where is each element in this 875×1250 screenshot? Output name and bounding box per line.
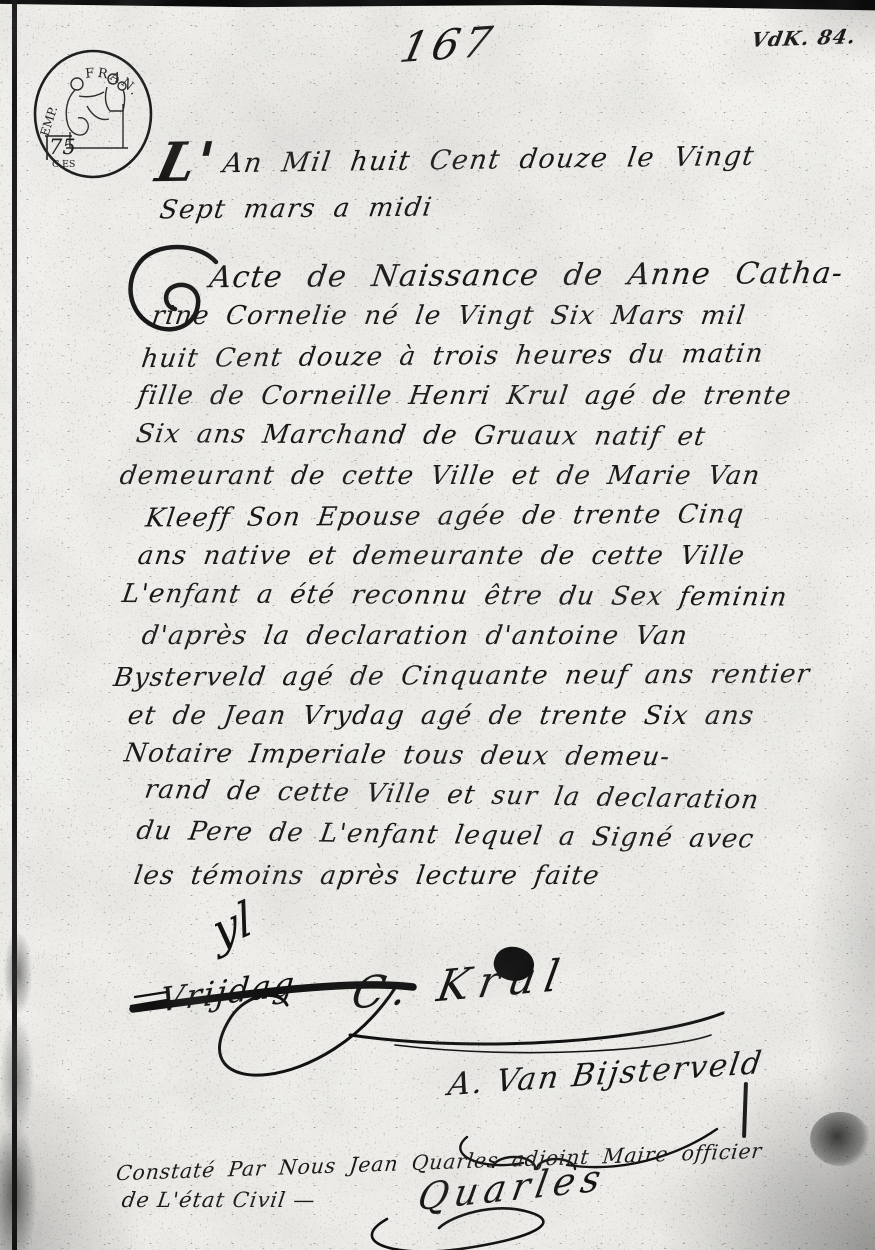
stamp-value: 75: [49, 135, 76, 159]
body-line: rine Cornelie né le Vingt Six Mars mil: [149, 296, 871, 336]
signature-krul: C. Krul: [348, 950, 572, 1020]
date-initial: L': [150, 129, 220, 194]
dark-smudge-spot: [810, 1112, 870, 1166]
signature-paraph: yl: [208, 890, 257, 961]
act-date-line2: Sept mars a midi: [158, 193, 435, 226]
body-line: Acte de Naissance de Anne Catha-: [207, 254, 871, 299]
stamp-value-unit: C.ES: [52, 159, 75, 170]
closing-line2: de L'état Civil —: [120, 1188, 317, 1212]
body-line: Bysterveld agé de Cinquante neuf ans ren…: [111, 654, 871, 698]
pen-tick-mark: [742, 1082, 748, 1138]
body-line: huit Cent douze à trois heures du matin: [139, 333, 871, 379]
birth-act-scan-page: FRAN. EMP. 75 C.ES 167 VdK. 84. L'An Mil…: [0, 0, 875, 1250]
body-line: Kleeff Son Epouse agée de trente Cinq: [143, 493, 871, 538]
binding-smudge: [0, 935, 40, 1250]
scan-top-edge: [0, 0, 875, 13]
act-body: Acte de Naissance de Anne Catha- rine Co…: [126, 256, 868, 896]
date-line1-text: An Mil huit Cent douze le Vingt: [220, 141, 756, 179]
body-line: fille de Corneille Henri Krul agé de tre…: [135, 376, 871, 416]
archival-code: VdK. 84.: [750, 24, 859, 52]
page-number: 167: [396, 17, 500, 72]
body-line: demeurant de cette Ville et de Marie Van: [117, 456, 871, 496]
body-line: ans native et demeurante de cette Ville: [135, 536, 871, 576]
signature-vrijdag: Vrijdag: [158, 963, 297, 1019]
body-line: et de Jean Vrydag agé de trente Six ans: [125, 696, 871, 736]
signature-bijsterveld: A. Van Bijsterveld: [446, 1045, 766, 1103]
stamp-side-text: EMP.: [37, 105, 60, 138]
body-line: d'après la declaration d'antoine Van: [139, 616, 871, 656]
act-date-line1: L'An Mil huit Cent douze le Vingt: [158, 122, 755, 194]
empire-francais-revenue-stamp: FRAN. EMP. 75 C.ES: [30, 46, 156, 182]
binding-line: [12, 0, 17, 1250]
body-line: Six ans Marchand de Gruaux natif et: [133, 414, 870, 458]
body-line: L'enfant a été reconnu être du Sex femin…: [119, 574, 870, 618]
